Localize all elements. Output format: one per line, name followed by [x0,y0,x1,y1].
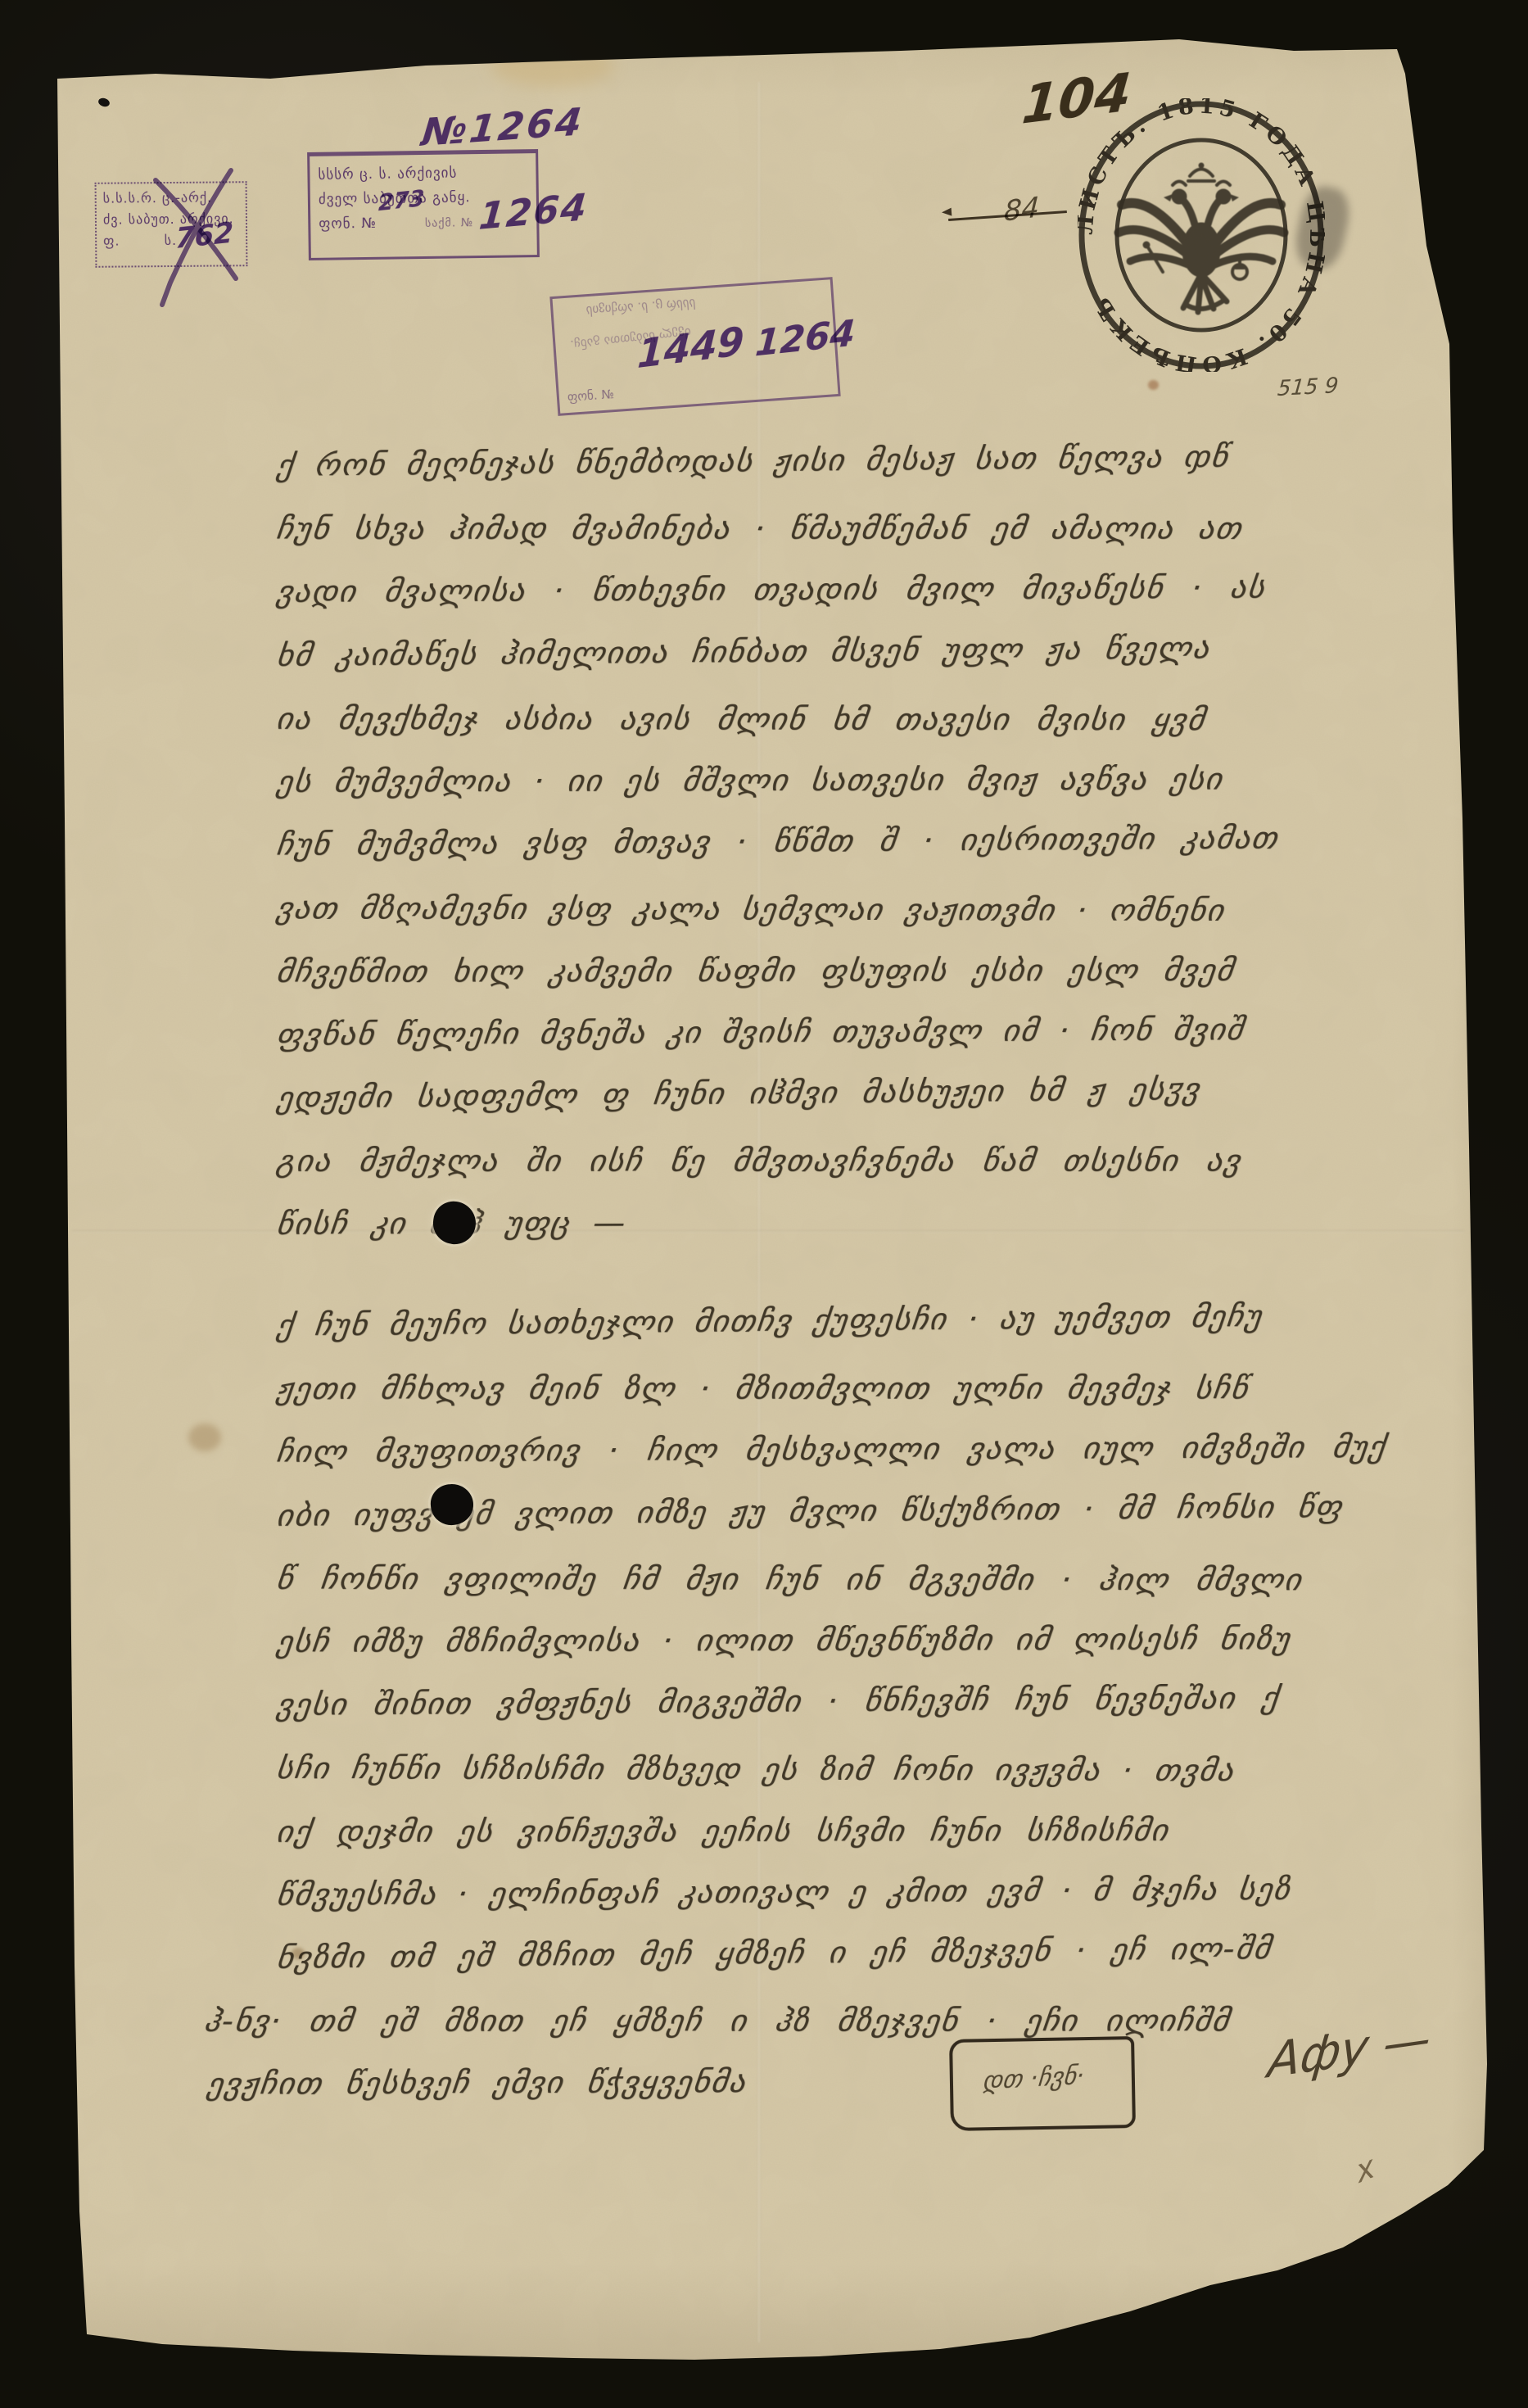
stamp-faint-line: სსსრ ც. ს. არქივის [585,296,696,318]
handwritten-line: ჟეთი მჩხლავ მეინ ზლ · მზითმვლით ულნი მევ… [274,1373,1250,1406]
handwritten-fond-273: 273 [378,186,425,216]
double-headed-eagle [1119,163,1284,313]
handwritten-line: სჩი ჩუნწი სჩზისჩმი მზხვედ ეს ზიმ ჩონი ივ… [274,1752,1236,1788]
handwritten-line: გია მჟმეჯლა ში ისჩ წე მმვთავჩვნემა წამ თ… [274,1145,1243,1179]
stamp-fond-label: ფ. [103,233,120,249]
handwritten-line: ჩუნ სხვა ჰიმად მვამინება · წმაუმწემან ემ… [274,513,1245,546]
handwritten-line: ვადი მვალისა · წთხევნი თვადის მვილ მივაწ… [274,572,1268,609]
stamp-case-label: საქმ. № [425,216,474,230]
handwritten-line: ჩუნ მუმვმლა ვსფ მთვავ · წწმთ შ · იესრითვ… [274,822,1280,862]
margin-numerals: 515 9 [1277,373,1340,401]
handwritten-line: ია მევქხმეჯ ასბია ავის მლინ ხმ თავესი მვ… [274,703,1208,737]
stamp-cancel-x-strokes [123,156,303,319]
handwritten-line: წ ჩონწი ვფილიშე ჩმ მჟი ჩუნ ინ მგვეშმი · … [274,1563,1304,1597]
stamp-fond-prefix: ფონ. № [319,215,377,233]
fold-crease-vertical [757,82,761,2342]
photo-backdrop: ს.ს.ს.რ. ც.-არქ. ძვ. საბუთ. არქივი. ფ. ს… [0,0,1528,2408]
boxed-note-text: დთ ·ჩვნ· [981,2062,1085,2096]
handwritten-line: ესჩ იმზუ მზჩიმვლისა · ილით მწევნწუზმი იმ… [274,1623,1292,1659]
handwritten-line: ჩილ მვუფითვრივ · ჩილ მესხვალლი ვალა იულ … [274,1431,1388,1469]
handwritten-line: მჩვეწმით ხილ კამვემი წაფმი ფსუფის ესბი ე… [274,954,1236,989]
handwritten-line: ვათ მზღამევნი ვსფ კალა სემვლაი ვაჟითვმი … [274,892,1227,928]
stamp-line: სსსრ ც. ს. არქივის [318,160,527,188]
struck-page-number: 84 [1003,191,1040,229]
stamp-fond-prefix: ფონ. № [567,387,614,405]
handwritten-line: იქ დეჯმი ეს ვინჩჟევშა ეეჩის სჩვმი ჩუნი ს… [274,1814,1171,1849]
document-paper: ს.ს.ს.რ. ც.-არქ. ძვ. საბუთ. არქივი. ფ. ს… [0,0,1528,2408]
handwritten-line: ეს მუმვემლია · იი ეს მშვლი სათვესი მვიჟ … [274,763,1225,799]
handwritten-line: ფვწან წელეჩი მვნეშა კი შვისჩ თუვამვლ იმ … [274,1013,1246,1052]
strike-arrowhead [942,208,952,217]
stain [491,46,614,87]
handwritten-line: ჰ-ნვ· თმ ეშ მზით ეჩ ყმზეჩ ი ჰზ მზეჯვენ ·… [202,2005,1232,2039]
boxed-note-frame: დთ ·ჩვნ· [949,2036,1136,2131]
revenue-seal-1815: ЛИСТЪ. 1815 ГОДА ЦѢНА 50. КОПѢЕКЪ [1078,98,1325,372]
handwritten-line: წმვუესჩმა · ელჩინფაჩ კათივალ ე კმით ევმ … [274,1873,1293,1912]
stain [188,1424,221,1451]
handwritten-line: ევჟჩით წესხვეჩ ემვი წჭვყვენმა [205,2066,748,2102]
stain [1148,380,1159,390]
